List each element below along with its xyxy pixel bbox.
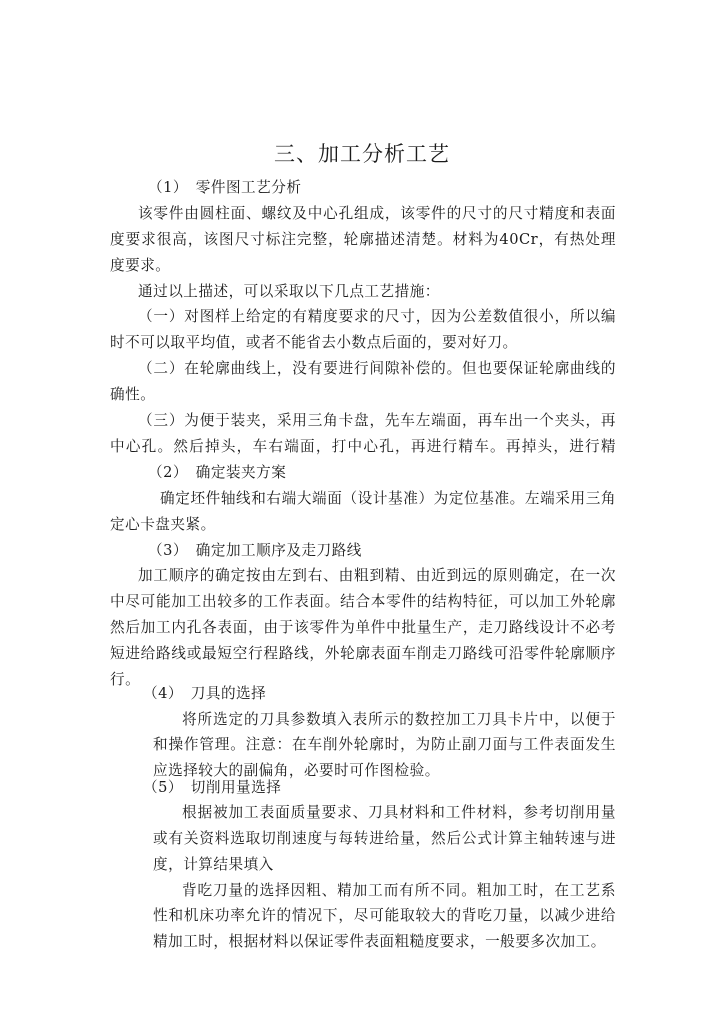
text-line: 和操作管理。注意：在车削外轮廓时，为防止副刀面与工件表面发生干涉，: [153, 735, 616, 755]
text-line: 该零件由圆柱面、螺纹及中心孔组成，该零件的尺寸的尺寸精度和表面粗糙: [138, 204, 616, 224]
text-line: 度要求。: [110, 256, 170, 276]
text-line: 确性。: [110, 385, 155, 405]
text-line: （三）为便于装夹，采用三角卡盘，先车左端面，再车出一个夹头，再打: [138, 411, 616, 431]
text-line: （一）对图样上给定的有精度要求的尺寸，因为公差数值很小，所以编程: [138, 307, 616, 327]
text-line: （4） 刀具的选择: [143, 684, 266, 704]
text-line: 中心孔。然后掉头，车右端面，打中心孔，再进行精车。再掉头，进行精车。: [110, 437, 616, 457]
text-line: 度，计算结果填入: [153, 855, 274, 875]
text-line: 行。: [110, 670, 140, 690]
text-line: 性和机床功率允许的情况下，尽可能取较大的背吃刀量，以减少进给次数；: [153, 906, 616, 926]
text-line: 定心卡盘夹紧。: [110, 515, 216, 535]
text-line: 精加工时，根据材料以保证零件表面粗糙度要求，一般要多次加工。: [153, 932, 606, 952]
text-line: 通过以上描述，可以采取以下几点工艺措施：: [138, 282, 440, 302]
text-line: 确定坯件轴线和右端大端面（设计基准）为定位基准。左端采用三角自: [160, 489, 616, 509]
text-line: （2） 确定装夹方案: [148, 463, 286, 483]
page-title: 三、加工分析工艺: [0, 138, 724, 168]
text-line: 根据被加工表面质量要求、刀具材料和工件材料，参考切削用量手册: [182, 803, 616, 823]
text-line: （5） 切削用量选择: [143, 778, 281, 798]
text-line: （1） 零件图工艺分析: [148, 178, 301, 198]
text-line: 然后加工内孔各表面，由于该零件为单件中批量生产，走刀路线设计不必考虑最: [110, 618, 616, 638]
text-line: 时不可以取平均值，或者不能省去小数点后面的，要对好刀。: [110, 333, 518, 353]
text-line: 背吃刀量的选择因粗、精加工而有所不同。粗加工时，在工艺系统刚: [182, 881, 616, 901]
text-line: 短进给路线或最短空行程路线，外轮廓表面车削走刀路线可沿零件轮廓顺序进: [110, 644, 616, 664]
text-line: 将所选定的刀具参数填入表所示的数控加工刀具卡片中，以便于编程: [182, 710, 616, 730]
text-line: 或有关资料选取切削速度与每转进给量，然后公式计算主轴转速与进给速: [153, 829, 616, 849]
text-line: （3） 确定加工顺序及走刀路线: [148, 541, 362, 561]
text-line: 中尽可能加工出较多的工作表面。结合本零件的结构特征，可以加工外轮廓表面，: [110, 592, 616, 612]
text-line: （二）在轮廓曲线上，没有要进行间隙补偿的。但也要保证轮廓曲线的准: [138, 359, 616, 379]
text-line: 加工顺序的确定按由左到右、由粗到精、由近到远的原则确定，在一次装夹: [138, 566, 616, 586]
text-line: 度要求很高，该图尺寸标注完整，轮廓描述清楚。材料为40Cr，有热处理和硬: [110, 230, 616, 250]
